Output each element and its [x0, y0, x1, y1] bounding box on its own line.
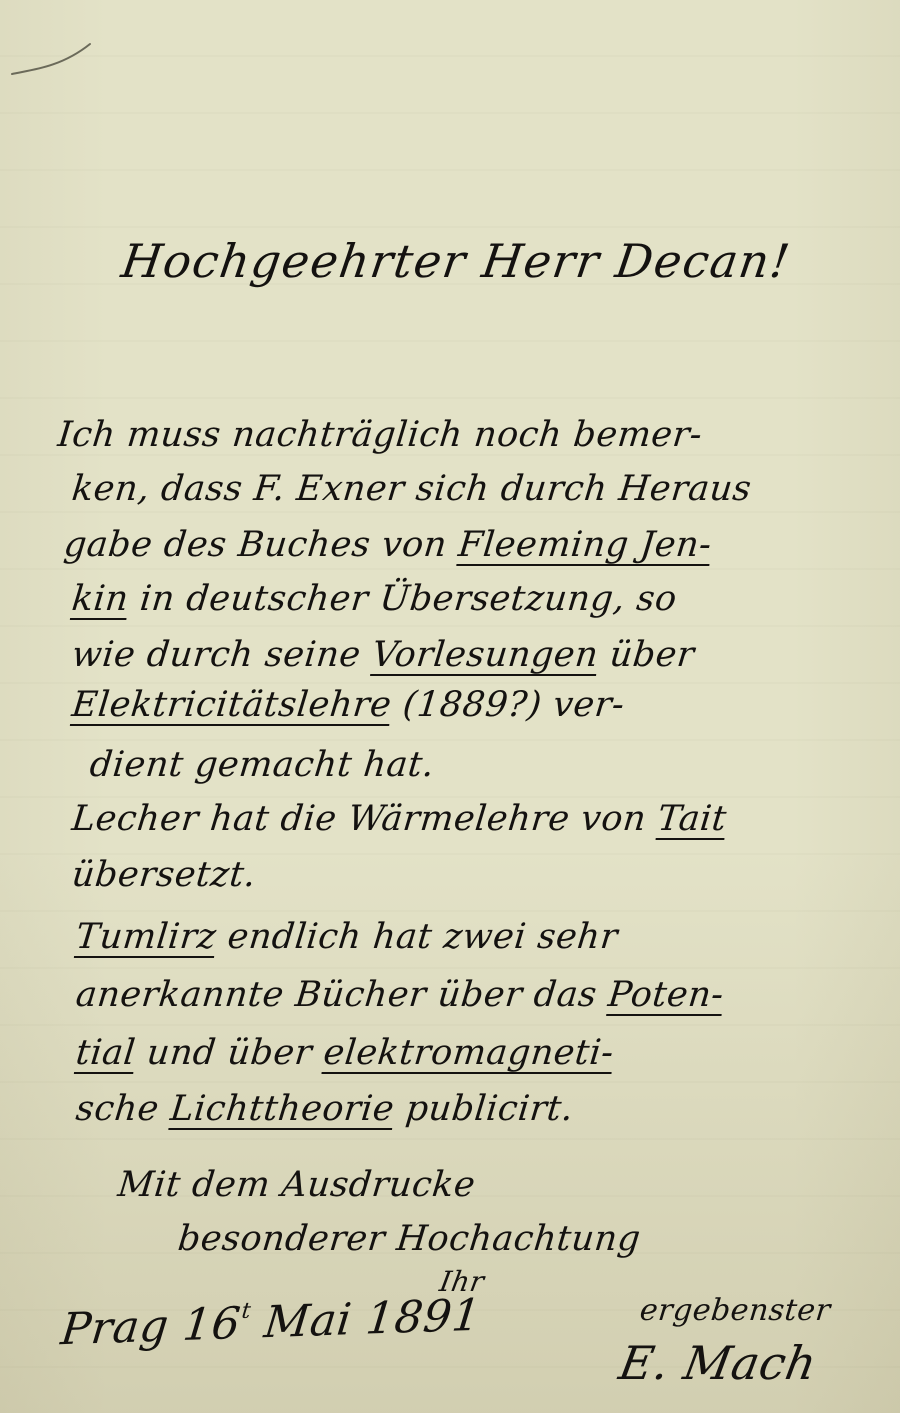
underlined-vorlesungen: Vorlesungen: [370, 635, 600, 675]
body-text: dient gemacht hat.: [88, 745, 436, 785]
date-day-suffix: t: [240, 1299, 252, 1324]
body-text: gabe des Buches von: [62, 525, 461, 565]
body-line-10: Tumlirz endlich hat zwei sehr: [74, 920, 619, 955]
closing-line-2: besonderer Hochachtung: [176, 1222, 642, 1257]
underlined-elektricitatslehre: Elektricitätslehre: [70, 685, 394, 725]
underlined-elektromagnetische: elektromagneti-: [322, 1033, 616, 1073]
body-text: ken, dass F. Exner sich durch Heraus: [70, 469, 753, 509]
body-text: Lecher hat die Wärmelehre von: [70, 799, 660, 839]
body-text: über: [596, 635, 696, 675]
body-text: in deutscher Übersetzung, so: [126, 579, 678, 619]
body-line-6: Elektricitätslehre (1889?) ver-: [70, 688, 626, 723]
signoff-ihr: Ihr: [438, 1268, 487, 1296]
body-text: publicirt.: [392, 1089, 575, 1129]
body-text: wie durch seine: [70, 635, 374, 675]
body-text: sche: [74, 1089, 173, 1129]
place: Prag: [58, 1301, 171, 1356]
body-text: und über: [133, 1033, 325, 1073]
date-month: Mai: [262, 1294, 355, 1348]
salutation: Hochgeehrter Herr Decan!: [119, 238, 794, 284]
body-line-13: sche Lichttheorie publicirt.: [74, 1092, 575, 1127]
underlined-potential-cont: tial: [74, 1033, 138, 1073]
body-line-8: Lecher hat die Wärmelehre von Tait: [70, 802, 728, 837]
body-line-3: gabe des Buches von Fleeming Jen-: [62, 528, 713, 563]
signature: E. Mach: [616, 1340, 820, 1386]
body-line-1: Ich muss nachträglich noch bemer-: [56, 418, 704, 453]
place-date: Prag 16t Mai 1891: [59, 1293, 483, 1353]
underlined-name-fleeming-jenkin: Fleeming Jen-: [456, 525, 713, 565]
body-text: anerkannte Bücher über das: [74, 975, 610, 1015]
body-text: endlich hat zwei sehr: [214, 917, 620, 957]
underlined-tumlirz: Tumlirz: [74, 917, 218, 957]
body-line-11: anerkannte Bücher über das Poten-: [74, 978, 725, 1013]
body-line-7: dient gemacht hat.: [88, 748, 436, 783]
stray-pencil-mark: [10, 38, 94, 78]
date-day: 16: [180, 1298, 243, 1351]
body-text: (1889?) ver-: [389, 685, 626, 725]
underlined-tait: Tait: [656, 799, 729, 839]
body-text: übersetzt.: [70, 855, 258, 895]
letter-page: Hochgeehrter Herr Decan! Ich muss nachtr…: [0, 0, 900, 1413]
underlined-potential: Poten-: [606, 975, 726, 1015]
underlined-name-jenkin-cont: kin: [70, 579, 131, 619]
body-line-12: tial und über elektromagneti-: [74, 1036, 615, 1071]
body-text: Ich muss nachträglich noch bemer-: [56, 415, 704, 455]
body-line-5: wie durch seine Vorlesungen über: [70, 638, 696, 673]
body-line-9: übersetzt.: [70, 858, 257, 893]
closing-line-1: Mit dem Ausdrucke: [116, 1168, 477, 1203]
signoff-ergebenster: ergebenster: [638, 1296, 832, 1326]
body-line-2: ken, dass F. Exner sich durch Heraus: [70, 472, 753, 507]
underlined-lichttheorie: Lichttheorie: [168, 1089, 396, 1129]
body-line-4: kin in deutscher Übersetzung, so: [70, 582, 678, 617]
